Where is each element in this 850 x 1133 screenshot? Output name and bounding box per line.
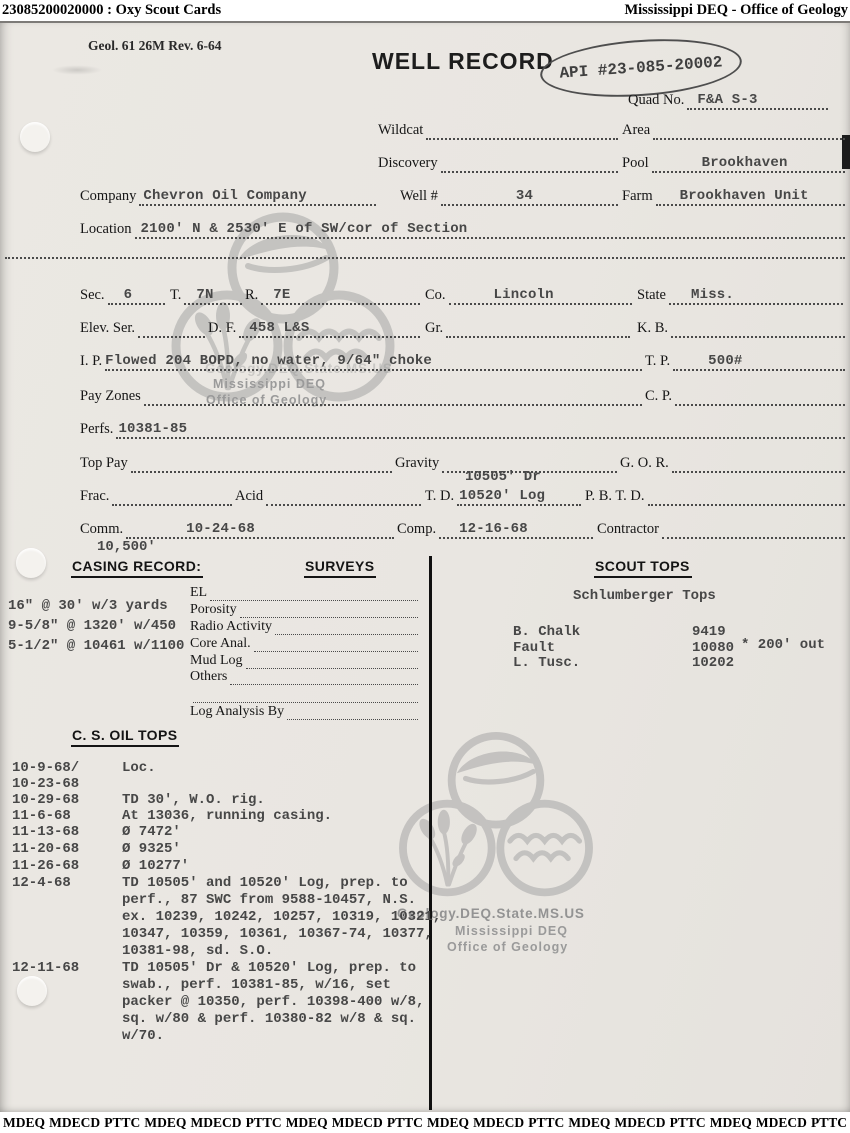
field-label: P. B. T. D. [585, 488, 648, 506]
field-county: Co. Lincoln [425, 283, 632, 305]
footer-token: PTTC [104, 1115, 140, 1131]
footer-token: PTTC [246, 1115, 282, 1131]
field-pay-zones: Pay Zones [80, 384, 642, 406]
footer-token: MDEQ [568, 1115, 610, 1131]
entry-date: 10-23-68 [12, 776, 79, 792]
field-state: State Miss. [637, 283, 843, 305]
field-completed: Comp. 12-16-68 [397, 517, 593, 539]
field-ground: Gr. [425, 316, 630, 338]
field-value: 10-24-68 [186, 521, 255, 537]
field-value: 34 [516, 188, 533, 204]
field-label: C. P. [645, 388, 675, 406]
field-section: Sec. 6 [80, 283, 165, 305]
field-area: Area [622, 118, 845, 140]
field-value: Brookhaven [702, 155, 788, 171]
field-value: Brookhaven Unit [680, 188, 809, 204]
cs-oil-tops-title: C. S. OIL TOPS [71, 727, 179, 747]
footer-token: MDEQ [3, 1115, 45, 1131]
form-revision-code: Geol. 61 26M Rev. 6-64 [88, 38, 221, 54]
field-label: Farm [622, 188, 656, 206]
scout-top-name: L. Tusc. [513, 655, 580, 671]
entry-text: Loc. [122, 760, 156, 777]
field-total-depth: T. D. 10520' Log [425, 484, 581, 506]
field-label: Gravity [395, 455, 442, 473]
field-label: Company [80, 188, 139, 206]
survey-label: Porosity [190, 602, 240, 618]
entry-date: 11-26-68 [12, 858, 79, 874]
field-label: Comp. [397, 521, 439, 539]
field-label: T. P. [645, 353, 673, 371]
scout-top-depth: 10080 [692, 640, 734, 656]
footer-token: PTTC [528, 1115, 564, 1131]
field-quad-no: Quad No. F&A S-3 [628, 88, 828, 110]
field-derrick-floor: D. F. 458 L&S [208, 316, 420, 338]
field-frac: Frac. [80, 484, 232, 506]
td-drilled-note: 10505' Dr [465, 469, 541, 485]
field-perfs: Perfs. 10381-85 [80, 417, 845, 439]
hole-punch-top [20, 122, 50, 152]
casing-entry: 16" @ 30' w/3 yards [8, 598, 168, 614]
scout-tops-subtitle: Schlumberger Tops [573, 588, 716, 604]
hole-punch-bottom [17, 976, 47, 1006]
entry-date: 10-9-68/ [12, 760, 79, 776]
survey-row-log-analysis-by: Log Analysis By [190, 703, 418, 720]
field-elev-ser: Elev. Ser. [80, 316, 205, 338]
field-label: Wildcat [378, 122, 426, 140]
field-label: Co. [425, 287, 449, 305]
entry-date: 11-13-68 [12, 824, 79, 840]
field-label: Well # [400, 188, 441, 206]
viewer-header-bar: 23085200020000 : Oxy Scout Cards Mississ… [0, 0, 850, 20]
scout-tops-title: SCOUT TOPS [594, 558, 692, 578]
field-label: T. [170, 287, 184, 305]
field-value: 500# [708, 353, 742, 369]
field-label: Contractor [597, 521, 662, 539]
entry-text: At 13036, running casing. [122, 808, 332, 825]
scout-top-note: * 200' out [741, 637, 825, 653]
field-value: Chevron Oil Company [143, 188, 306, 204]
field-value: 7N [196, 287, 213, 303]
field-label: Area [622, 122, 653, 140]
field-label: Frac. [80, 488, 112, 506]
footer-token: MDECD [332, 1115, 383, 1131]
field-commenced: Comm. 10-24-68 [80, 517, 394, 539]
scout-top-depth: 9419 [692, 624, 726, 640]
footer-token: MDEQ [286, 1115, 328, 1131]
field-tubing-pressure: T. P. 500# [645, 349, 845, 371]
field-contractor: Contractor [597, 517, 845, 539]
scanned-well-record-page: 23085200020000 : Oxy Scout Cards Mississ… [0, 0, 850, 1133]
field-value: 458 L&S [249, 320, 309, 336]
field-company: Company Chevron Oil Company [80, 184, 376, 206]
field-well-number: Well # 34 [400, 184, 618, 206]
field-value: 10381-85 [118, 421, 187, 437]
field-label: Acid [235, 488, 266, 506]
footer-token: PTTC [811, 1115, 847, 1131]
scout-top-row: Fault 10080 * 200' out [0, 640, 850, 656]
footer-token: MDECD [473, 1115, 524, 1131]
entry-text: Ø 9325' [122, 841, 181, 858]
field-value: Flowed 204 BOPD, no water, 9/64" choke [105, 353, 432, 369]
scout-top-depth: 10202 [692, 655, 734, 671]
field-value: F&A S-3 [697, 92, 757, 108]
field-pbtd: P. B. T. D. [585, 484, 845, 506]
footer-token: MDEQ [144, 1115, 186, 1131]
viewer-footer-bar: MDEQ MDECD PTTC MDEQ MDECD PTTC MDEQ MDE… [0, 1112, 850, 1133]
footer-token: MDECD [190, 1115, 241, 1131]
api-number: API #23-085-20002 [559, 53, 723, 82]
field-label: Gr. [425, 320, 446, 338]
field-label: K. B. [637, 320, 671, 338]
field-range: R. 7E [245, 283, 420, 305]
field-gor: G. O. R. [620, 451, 845, 473]
field-label: Sec. [80, 287, 108, 305]
entry-text: TD 30', W.O. rig. [122, 792, 265, 809]
pencil-smudge [46, 64, 108, 76]
survey-row-blank [190, 686, 418, 703]
field-value: Lincoln [494, 287, 554, 303]
entry-text: Ø 10277' [122, 858, 189, 875]
survey-row-el: EL [190, 584, 418, 601]
entry-date: 10-29-68 [12, 792, 79, 808]
field-value: 10520' Log [459, 488, 545, 504]
entry-date: 12-11-68 [12, 960, 79, 976]
field-label: Perfs. [80, 421, 116, 439]
scout-top-name: Fault [513, 640, 555, 656]
casing-record-title: CASING RECORD: [71, 558, 203, 578]
field-label: Comm. [80, 521, 126, 539]
entry-date: 12-4-68 [12, 875, 71, 891]
surveys-title: SURVEYS [304, 558, 376, 578]
field-wildcat: Wildcat [378, 118, 618, 140]
field-value: 6 [124, 287, 133, 303]
entry-text: Ø 7472' [122, 824, 181, 841]
field-value: 12-16-68 [459, 521, 528, 537]
survey-label: Others [190, 669, 230, 685]
field-label: Top Pay [80, 455, 131, 473]
field-value: Miss. [691, 287, 734, 303]
field-label: State [637, 287, 669, 305]
field-label: Discovery [378, 155, 441, 173]
footer-token: MDEQ [427, 1115, 469, 1131]
field-label: G. O. R. [620, 455, 672, 473]
watermark-org-bottom-1: Mississippi DEQ [455, 924, 568, 938]
field-kelly-bushing: K. B. [637, 316, 845, 338]
field-label: I. P. [80, 353, 105, 371]
footer-token: MDECD [614, 1115, 665, 1131]
agency-title: Mississippi DEQ - Office of Geology [622, 2, 850, 19]
field-label: Elev. Ser. [80, 320, 138, 338]
field-value: 7E [273, 287, 290, 303]
survey-label: EL [190, 585, 210, 601]
scout-top-name: B. Chalk [513, 624, 580, 640]
field-acid: Acid [235, 484, 421, 506]
survey-row-porosity: Porosity [190, 601, 418, 618]
footer-token: MDECD [756, 1115, 807, 1131]
watermark-org-bottom-2: Office of Geology [447, 940, 568, 954]
document-id: 23085200020000 : Oxy Scout Cards [0, 2, 223, 19]
field-label: Pool [622, 155, 652, 173]
entry-date: 11-20-68 [12, 841, 79, 857]
field-discovery: Discovery [378, 151, 618, 173]
field-top-pay: Top Pay [80, 451, 392, 473]
hole-punch-middle [16, 548, 46, 578]
footer-token: PTTC [387, 1115, 423, 1131]
scout-top-row: L. Tusc. 10202 [0, 655, 850, 671]
footer-token: MDECD [49, 1115, 100, 1131]
field-casing-pressure: C. P. [645, 384, 845, 406]
field-initial-production: I. P. Flowed 204 BOPD, no water, 9/64" c… [80, 349, 642, 371]
field-farm: Farm Brookhaven Unit [622, 184, 845, 206]
entry-text: TD 10505' and 10520' Log, prep. to perf.… [122, 875, 441, 960]
blank-dotted-line [5, 237, 845, 259]
field-township: T. 7N [170, 283, 242, 305]
comm-depth-note: 10,500' [97, 539, 156, 555]
page-title: WELL RECORD [372, 48, 554, 75]
entry-text: TD 10505' Dr & 10520' Log, prep. to swab… [122, 960, 424, 1045]
field-pool: Pool Brookhaven [622, 151, 845, 173]
footer-token: PTTC [670, 1115, 706, 1131]
field-label: Pay Zones [80, 388, 144, 406]
field-label: Quad No. [628, 92, 687, 110]
field-label: T. D. [425, 488, 457, 506]
entry-date: 11-6-68 [12, 808, 71, 824]
field-label: D. F. [208, 320, 239, 338]
scout-top-row: B. Chalk 9419 [0, 624, 850, 640]
survey-label: Log Analysis By [190, 704, 287, 720]
footer-token: MDEQ [710, 1115, 752, 1131]
field-label: R. [245, 287, 261, 305]
